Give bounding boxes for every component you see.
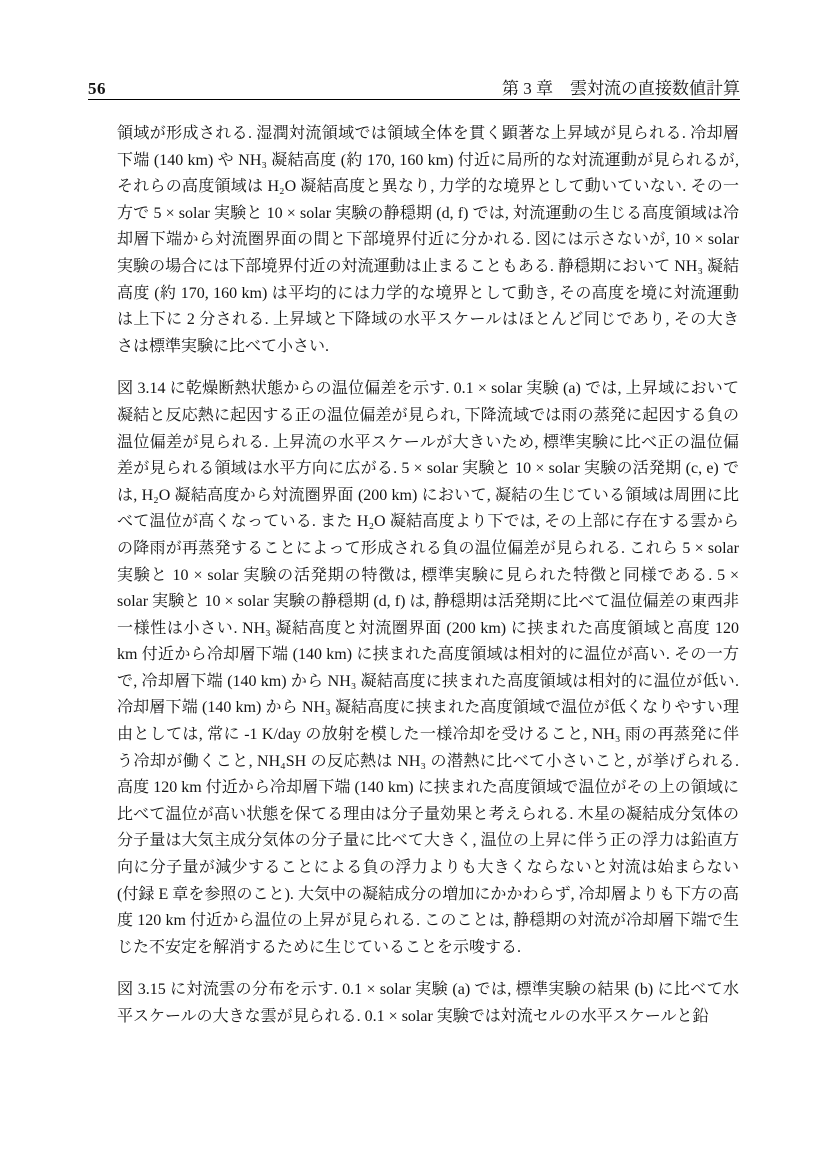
paragraph-fig3-15-cloud-distribution: 図 3.15 に対流雲の分布を示す. 0.1 × solar 実験 (a) では… xyxy=(117,977,739,1030)
running-header: 56 第 3 章 雲対流の直接数値計算 xyxy=(88,74,740,99)
document-page: 56 第 3 章 雲対流の直接数値計算 領域が形成される. 湿潤対流領域では領域… xyxy=(0,0,826,1169)
paragraph-convection-regions: 領域が形成される. 湿潤対流領域では領域全体を貫く顕著な上昇域が見られる. 冷却… xyxy=(117,121,739,360)
paragraph-fig3-14-potential-temperature: 図 3.14 に乾燥断熱状態からの温位偏差を示す. 0.1 × solar 実験… xyxy=(117,376,739,961)
body-text: 領域が形成される. 湿潤対流領域では領域全体を貫く顕著な上昇域が見られる. 冷却… xyxy=(117,121,739,1031)
chapter-title: 第 3 章 雲対流の直接数値計算 xyxy=(502,74,740,99)
header-rule xyxy=(88,99,740,100)
page-number: 56 xyxy=(88,79,106,99)
